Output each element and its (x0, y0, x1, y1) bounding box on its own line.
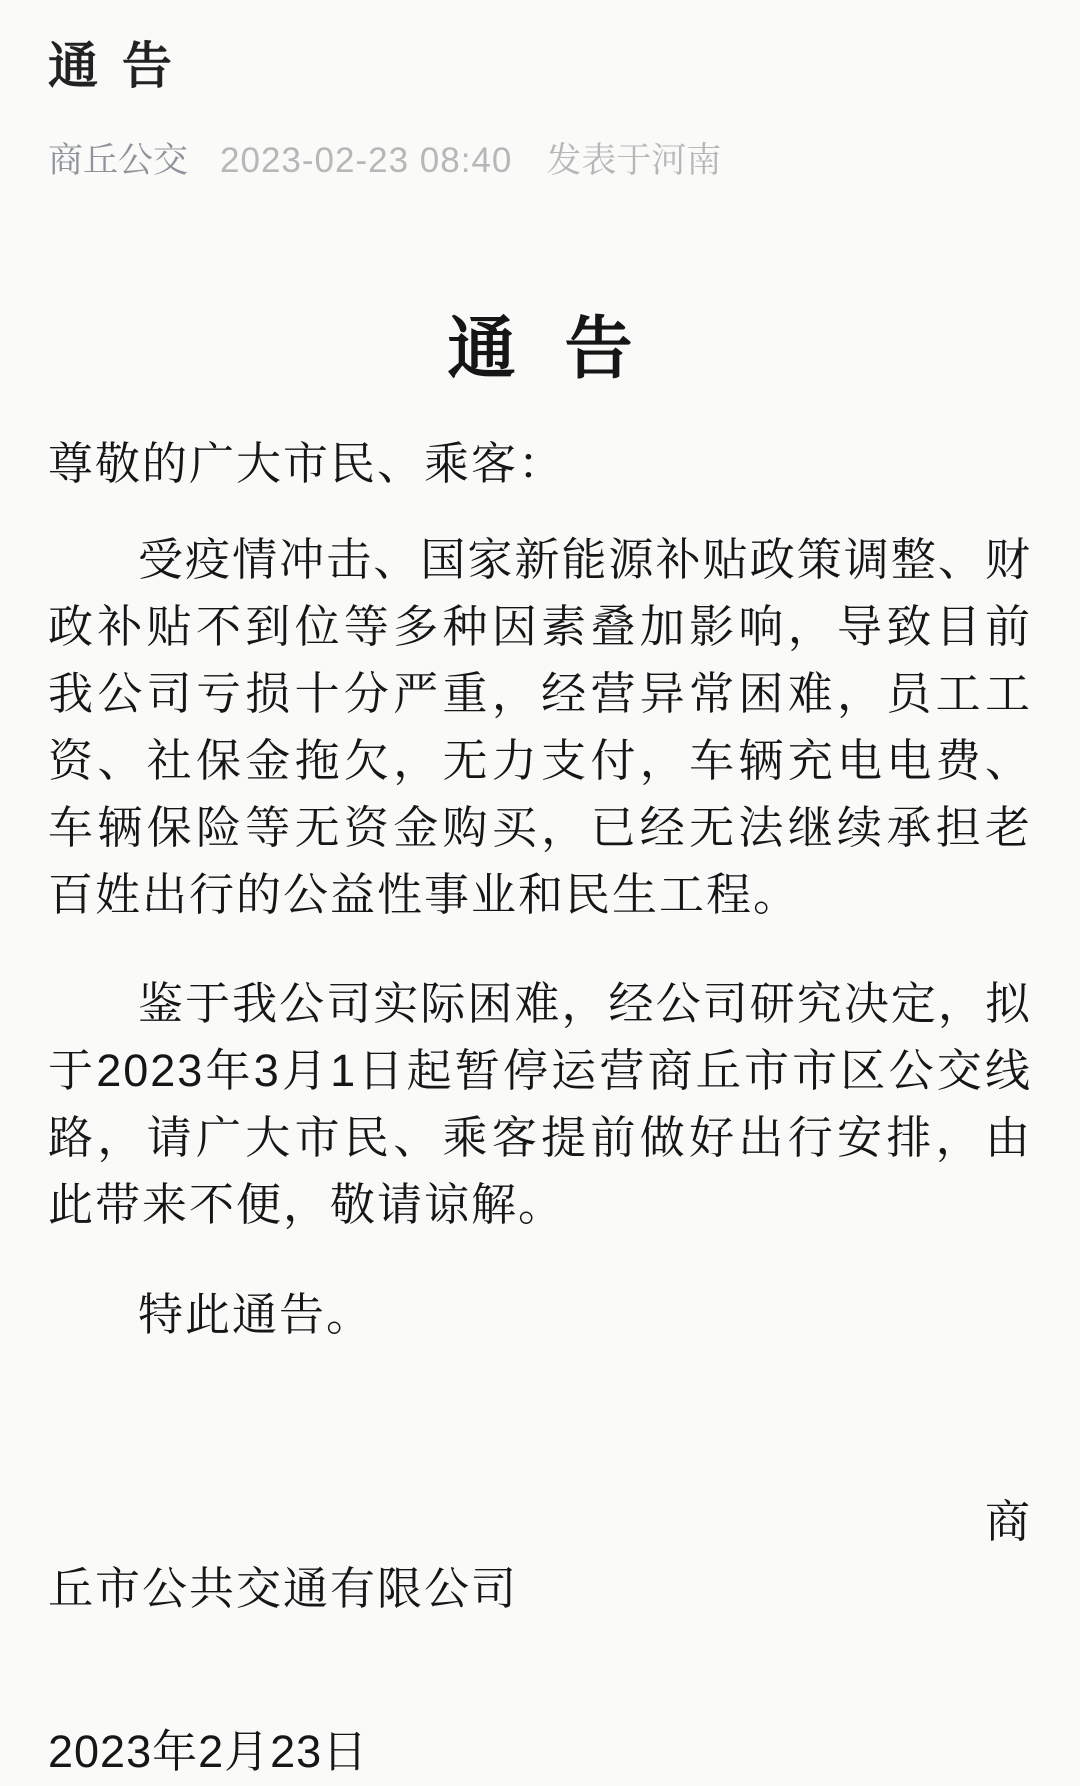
wechat-article-page: 通 告 商丘公交 2023-02-23 08:40 发表于河南 通 告 尊敬的广… (0, 0, 1080, 1786)
article-meta-row: 商丘公交 2023-02-23 08:40 发表于河南 (48, 140, 1032, 182)
notice-closing-line: 特此通告。 (48, 1281, 1032, 1348)
notice-paragraph: 鉴于我公司实际困难，经公司研究决定，拟于2023年3月1日起暂停运营商丘市市区公… (48, 970, 1032, 1238)
notice-paragraph: 受疫情冲击、国家新能源补贴政策调整、财政补贴不到位等多种因素叠加影响，导致目前我… (48, 526, 1032, 928)
signature-line-company-name: 丘市公共交通有限公司 (48, 1555, 1032, 1622)
notice-date: 2023年2月23日 (48, 1724, 1032, 1780)
notice-title: 通 告 (48, 294, 1032, 404)
publish-timestamp: 2023-02-23 08:40 (220, 140, 512, 182)
article-headline: 通 告 (48, 38, 1032, 94)
publish-location: 发表于河南 (546, 140, 721, 182)
account-name-link[interactable]: 商丘公交 (48, 140, 188, 182)
signature-line-wrapped-first-char: 商 (48, 1488, 1032, 1555)
notice-body: 尊敬的广大市民、乘客： 受疫情冲击、国家新能源补贴政策调整、财政补贴不到位等多种… (48, 430, 1032, 1780)
notice-salutation: 尊敬的广大市民、乘客： (48, 430, 1032, 497)
